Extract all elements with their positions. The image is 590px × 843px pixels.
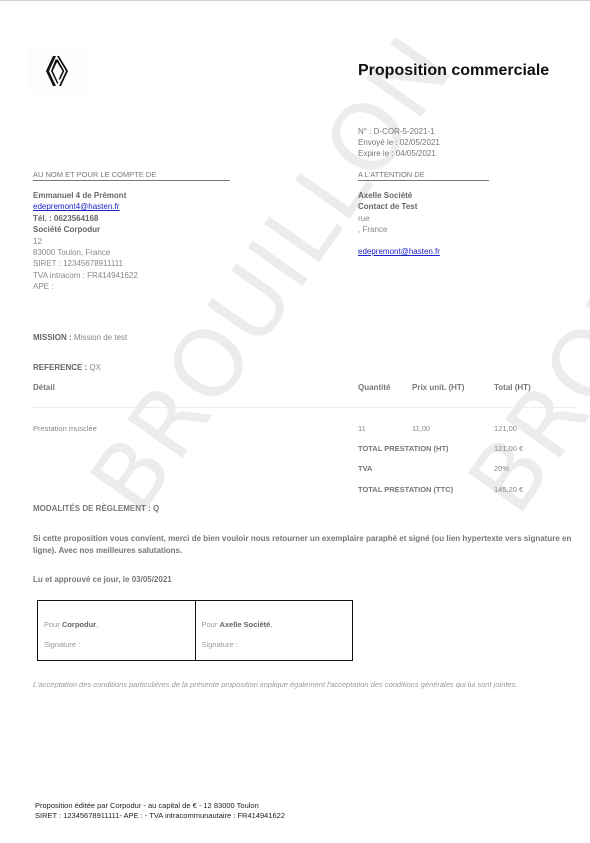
closing-text: Si cette proposition vous convient, merc… bbox=[33, 533, 578, 556]
proposal-number: N° : D-COR-5-2021-1 bbox=[358, 126, 440, 137]
sender-city: 83000 Toulon, France bbox=[33, 247, 138, 258]
page-title: Proposition commerciale bbox=[358, 62, 549, 80]
total-ttc-label: TOTAL PRESTATION (TTC) bbox=[358, 485, 453, 494]
row-unit-price: 11,00 bbox=[412, 424, 430, 433]
row-detail: Prestation musclée bbox=[33, 424, 97, 433]
recipient-heading: A L'ATTENTION DE bbox=[358, 170, 489, 181]
mission-label: MISSION : bbox=[33, 333, 72, 342]
footer-line-2: SIRET : 12345678911111- APE : - TVA intr… bbox=[35, 811, 285, 821]
sender-ape: APE : bbox=[33, 281, 138, 292]
recipient-company: Axelle Société bbox=[358, 190, 440, 201]
column-header-detail: Détail bbox=[33, 383, 55, 392]
sender-street: 12 bbox=[33, 236, 138, 247]
signature-cell-sender[interactable]: Pour Corpodur, Signature : bbox=[38, 601, 195, 660]
page-footer: Proposition éditée par Corpodur - au cap… bbox=[35, 801, 285, 820]
row-quantity: 11 bbox=[358, 424, 366, 433]
footer-line-1: Proposition éditée par Corpodur - au cap… bbox=[35, 801, 285, 811]
table-divider bbox=[33, 407, 576, 408]
sender-tva: TVA intracom : FR414941622 bbox=[33, 270, 138, 281]
tva-label: TVA bbox=[358, 464, 372, 473]
reference-line: REFERENCE : QX bbox=[33, 363, 101, 372]
recipient-email-link[interactable]: edepremont@hasten.fr bbox=[358, 247, 440, 256]
total-ht-value: 121,00 € bbox=[494, 444, 523, 453]
signature-label: Signature : bbox=[44, 635, 195, 655]
watermark-text: BROUILLON bbox=[448, 18, 590, 532]
sender-email-link[interactable]: edepremont4@hasten.fr bbox=[33, 202, 119, 211]
reference-label: REFERENCE : bbox=[33, 363, 87, 372]
approved-text: Lu et approuvé ce jour, le 03/05/2021 bbox=[33, 575, 172, 584]
signature-party: Corpodur bbox=[62, 620, 96, 629]
mission-line: MISSION : Mission de test bbox=[33, 333, 127, 342]
column-header-quantity: Quantité bbox=[358, 383, 390, 392]
mission-value: Mission de test bbox=[72, 333, 128, 342]
recipient-country: , France bbox=[358, 224, 440, 235]
company-logo bbox=[28, 48, 88, 94]
sender-name: Emmanuel 4 de Prémont bbox=[33, 190, 138, 201]
total-ht-label: TOTAL PRESTATION (HT) bbox=[358, 444, 449, 453]
signature-suffix: , bbox=[96, 620, 98, 629]
total-ttc-value: 145,20 € bbox=[494, 485, 523, 494]
payment-terms: MODALITÉS DE RÈGLEMENT : Q bbox=[33, 504, 159, 513]
signature-table: Pour Corpodur, Signature : Pour Axelle S… bbox=[37, 600, 353, 661]
conditions-notice: L'acceptation des conditions particulièr… bbox=[33, 679, 578, 690]
recipient-street: rue bbox=[358, 213, 440, 224]
column-header-total: Total (HT) bbox=[494, 383, 531, 392]
expiry-date: Expire le : 04/05/2021 bbox=[358, 148, 440, 159]
reference-value: QX bbox=[87, 363, 101, 372]
diamond-logo-icon bbox=[44, 54, 70, 88]
sender-phone: Tél. : 0623564168 bbox=[33, 213, 138, 224]
sent-date: Envoyé le : 02/05/2021 bbox=[358, 137, 440, 148]
signature-party: Axelle Société bbox=[219, 620, 270, 629]
sender-heading: AU NOM ET POUR LE COMPTE DE bbox=[33, 170, 230, 181]
proposal-meta: N° : D-COR-5-2021-1 Envoyé le : 02/05/20… bbox=[358, 126, 440, 159]
column-header-unit-price: Prix unit. (HT) bbox=[412, 383, 464, 392]
signature-prefix: Pour bbox=[44, 620, 62, 629]
row-total: 121,00 bbox=[494, 424, 517, 433]
signature-cell-recipient[interactable]: Pour Axelle Société, Signature : bbox=[195, 601, 353, 660]
signature-suffix: , bbox=[270, 620, 272, 629]
sender-company: Société Corpodur bbox=[33, 224, 138, 235]
signature-label: Signature : bbox=[202, 635, 353, 655]
tva-value: 20% bbox=[494, 464, 509, 473]
signature-prefix: Pour bbox=[202, 620, 220, 629]
recipient-contact: Contact de Test bbox=[358, 201, 440, 212]
sender-siret: SIRET : 12345678911111 bbox=[33, 258, 138, 269]
recipient-block: Axelle Société Contact de Test rue , Fra… bbox=[358, 190, 440, 257]
sender-block: Emmanuel 4 de Prémont edepremont4@hasten… bbox=[33, 190, 138, 293]
